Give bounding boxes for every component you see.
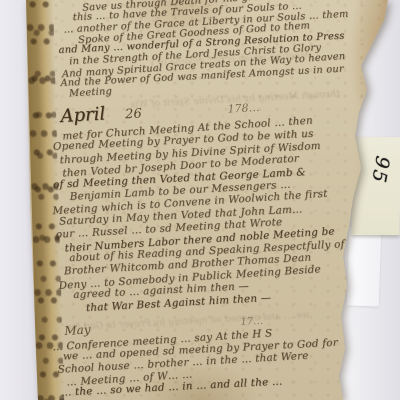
manuscript-page-wrap: through Meeting by his Divine Spirit of …	[0, 0, 400, 400]
heading-month: May	[64, 323, 91, 338]
heading-year: 17…	[240, 316, 263, 328]
heading-year: 178…	[227, 101, 260, 116]
entry-block-1: Save us through Death for his great … my…	[56, 0, 395, 101]
manuscript-page: through Meeting by his Divine Spirit of …	[0, 0, 400, 400]
scan-background: 95 through Meeting by his Divine Spirit …	[0, 0, 400, 400]
heading-day: 26	[125, 106, 142, 122]
entry-block-2: met for Church Meeting At the School … t…	[48, 111, 392, 315]
heading-month: April	[60, 104, 106, 127]
